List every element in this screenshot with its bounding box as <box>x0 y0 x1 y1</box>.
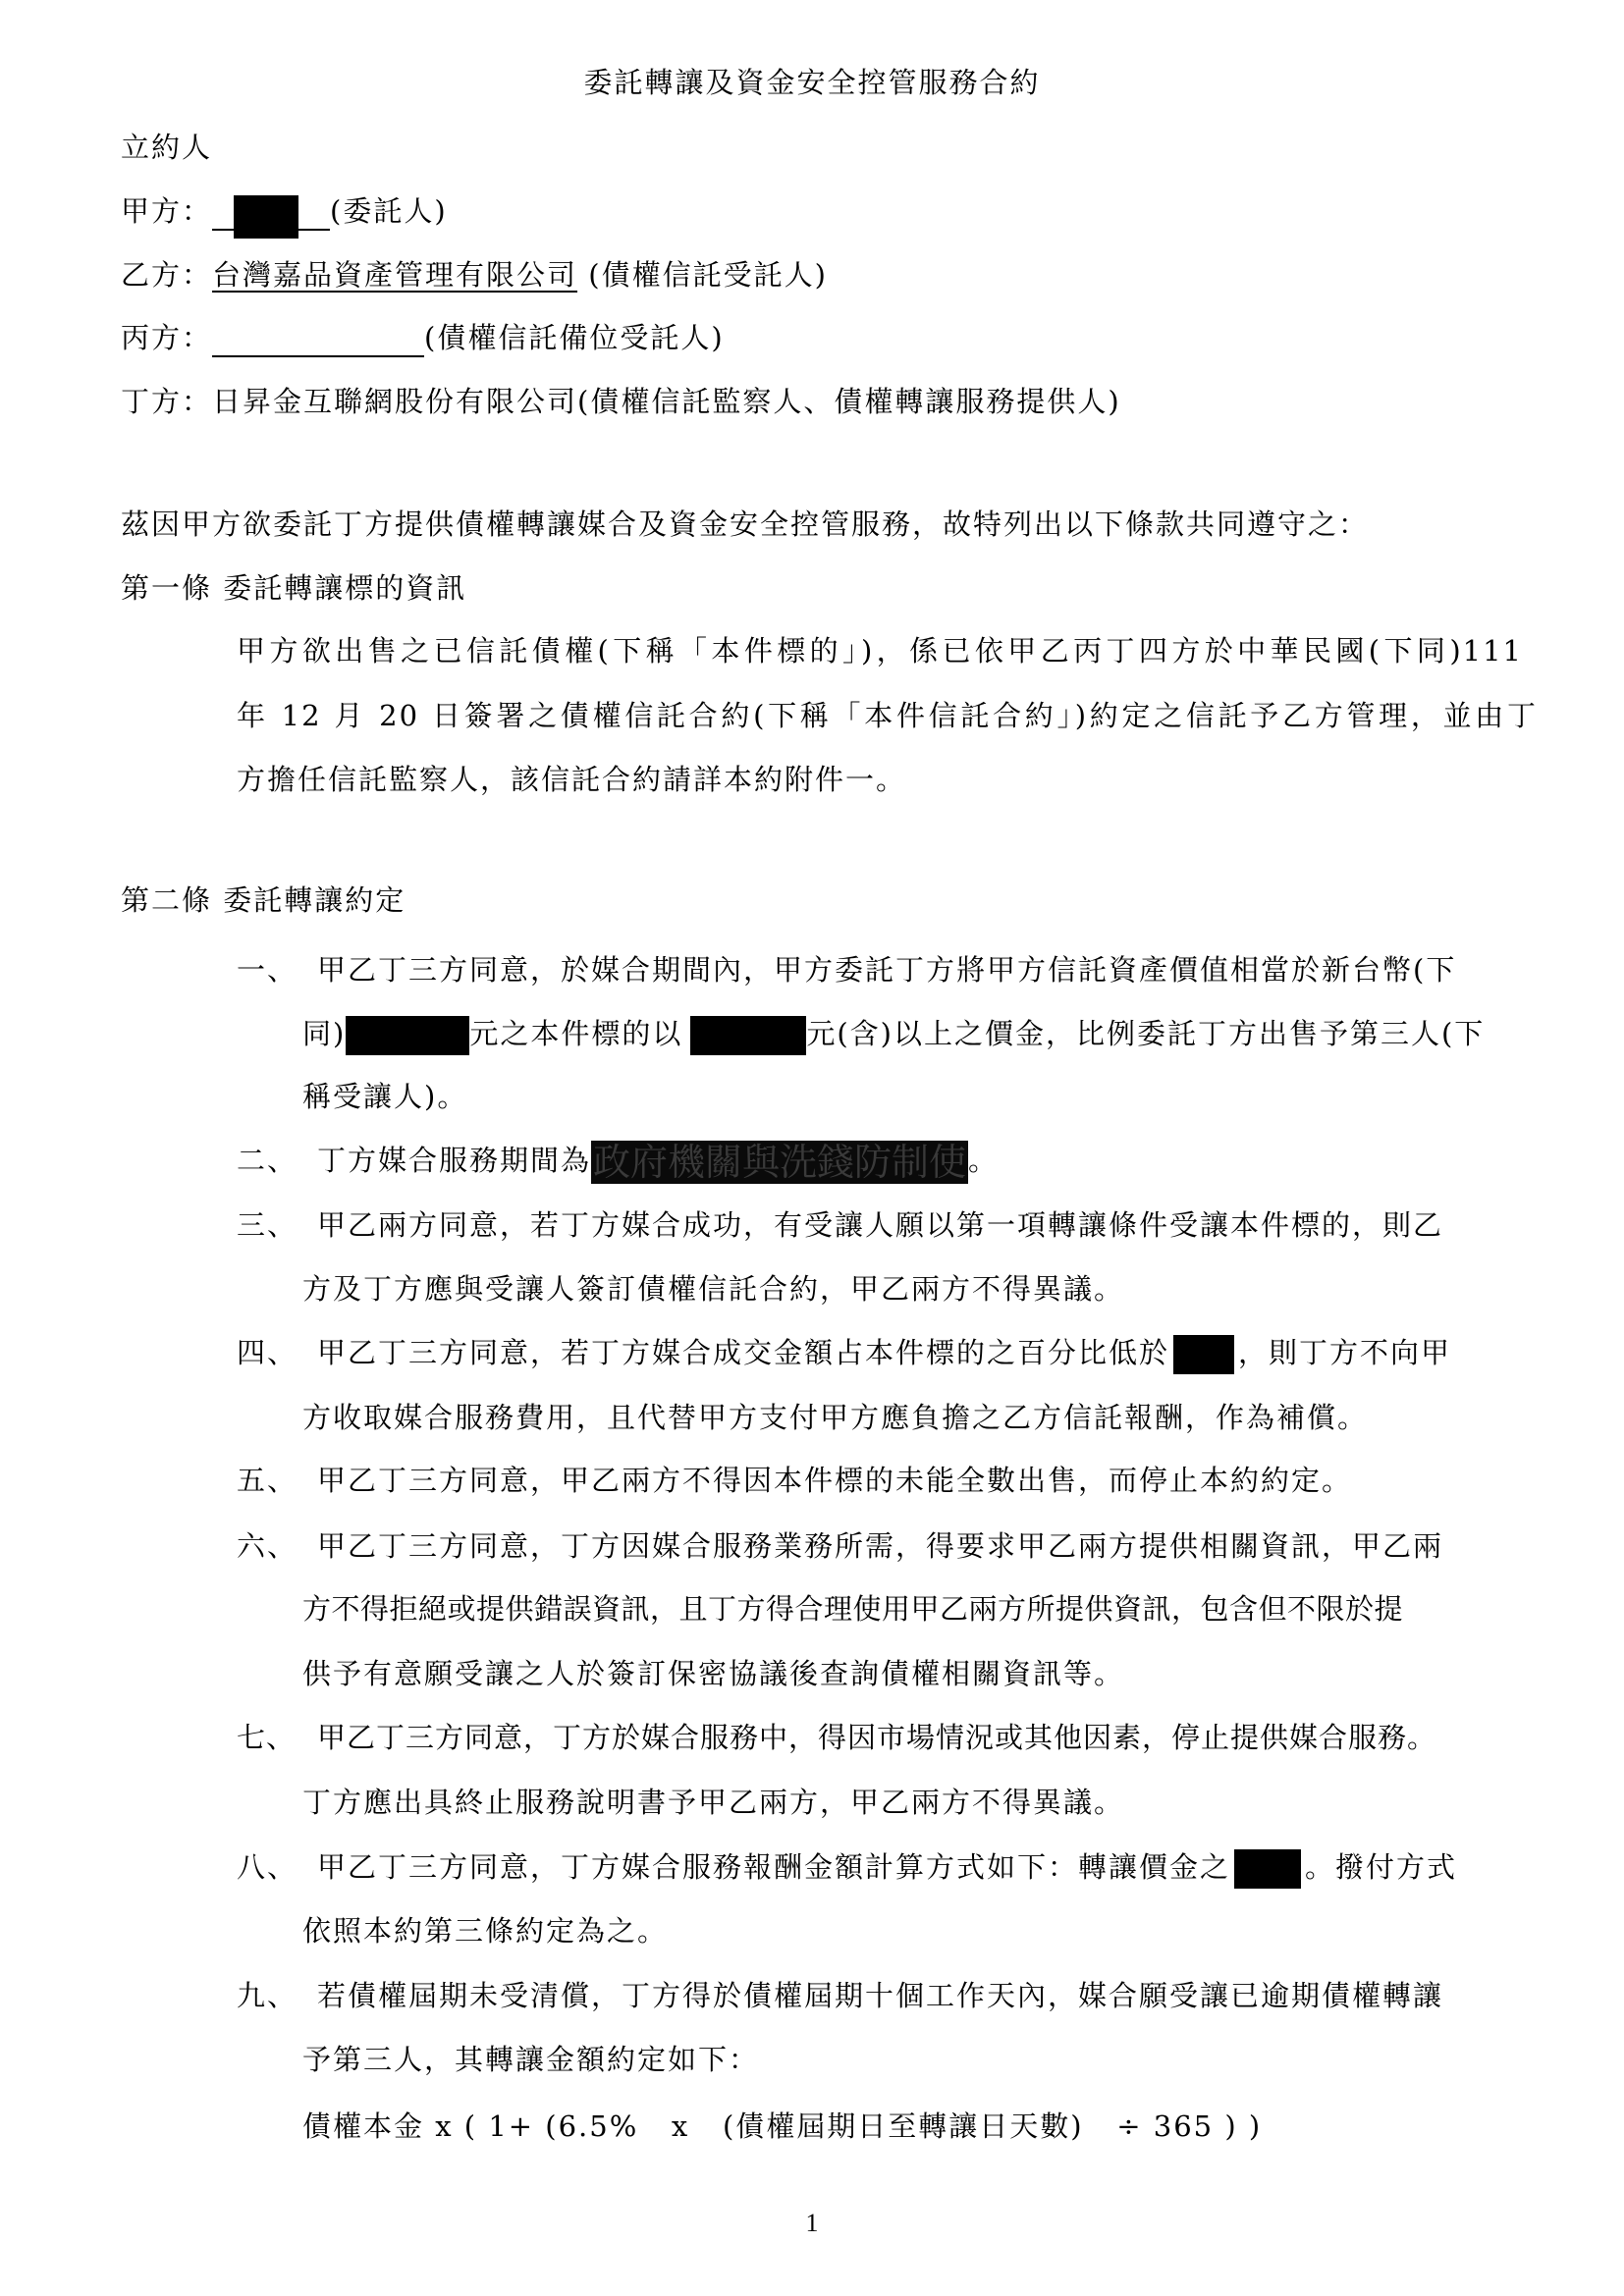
item-text: 甲乙丁三方同意，丁方媒合服務報酬金額計算方式如下：轉讓價金之 <box>317 1850 1230 1884</box>
item-marker: 四、 <box>237 1333 317 1372</box>
article1-line: 方擔任信託監察人，該信託合約請詳本約附件一。 <box>237 760 906 799</box>
item-text: 同) <box>302 1017 346 1050</box>
article2-item-6-line2: 方不得拒絕或提供錯誤資訊，且丁方得合理使用甲乙兩方所提供資訊，包含但不限於提 <box>302 1589 1403 1629</box>
party-a: 甲方：(委託人) <box>121 191 448 231</box>
page-number: 1 <box>0 2209 1624 2238</box>
party-c-role: (債權信託備位受託人) <box>424 321 725 354</box>
article2-item-1-line2: 同)元之本件標的以元(含)以上之價金，比例委託丁方出售予第三人(下 <box>302 1014 1485 1055</box>
item-text: 甲乙丁三方同意，於媒合期間內，甲方委託丁方將甲方信託資產價值相當於新台幣(下 <box>317 953 1456 987</box>
item-text: 。 <box>968 1144 999 1177</box>
article2-item-4: 四、甲乙丁三方同意，若丁方媒合成交金額占本件標的之百分比低於，則丁方不向甲 <box>237 1333 1451 1374</box>
item-marker: 六、 <box>237 1526 317 1566</box>
article2-item-6-line3: 供予有意願受讓之人於簽訂保密協議後查詢債權相關資訊等。 <box>302 1654 1124 1693</box>
article2-item-2: 二、丁方媒合服務期間為政府機關與洗錢防制使。 <box>237 1141 999 1184</box>
article1-line: 年 12 月 20 日簽署之債權信託合約(下稱「本件信託合約」)約定之信託予乙方… <box>237 696 1538 735</box>
party-b-name: 台灣嘉品資產管理有限公司 <box>212 258 577 292</box>
article2-heading: 第二條 委託轉讓約定 <box>121 881 406 920</box>
party-a-name-redacted <box>212 195 330 231</box>
party-a-label: 甲方： <box>121 194 212 228</box>
article2-item-7: 七、甲乙丁三方同意，丁方於媒合服務中，得因市場情況或其他因素，停止提供媒合服務。 <box>237 1718 1436 1757</box>
item-text: 甲乙丁三方同意，甲乙兩方不得因本件標的未能全數出售，而停止本約約定。 <box>317 1464 1352 1497</box>
item-marker: 五、 <box>237 1461 317 1500</box>
article2-item-1: 一、甲乙丁三方同意，於媒合期間內，甲方委託丁方將甲方信託資產價值相當於新台幣(下 <box>237 950 1456 989</box>
item-text: 元之本件標的以 <box>469 1017 682 1050</box>
fee-rate-redacted <box>1234 1849 1301 1889</box>
amount-redacted <box>346 1016 469 1055</box>
item-marker: 二、 <box>237 1141 317 1180</box>
transfer-formula: 債權本金 x ( 1+ (6.5% x (債權屆期日至轉讓日天數) ÷ 365 … <box>302 2107 1262 2146</box>
article1-line: 甲方欲出售之已信託債權(下稱「本件標的」)，係已依甲乙丙丁四方於中華民國(下同)… <box>237 631 1523 670</box>
article2-item-1-line3: 稱受讓人)。 <box>302 1077 467 1116</box>
item-text: 元(含)以上之價金，比例委託丁方出售予第三人(下 <box>806 1017 1485 1050</box>
item-text: 。撥付方式 <box>1305 1850 1457 1884</box>
item-marker: 一、 <box>237 950 317 989</box>
item-text: 丁方媒合服務期間為 <box>317 1144 591 1177</box>
party-d: 丁方：日昇金互聯網股份有限公司(債權信託監察人、債權轉讓服務提供人) <box>121 382 1121 421</box>
article2-item-5: 五、甲乙丁三方同意，甲乙兩方不得因本件標的未能全數出售，而停止本約約定。 <box>237 1461 1352 1500</box>
price-redacted <box>690 1016 806 1055</box>
article1-heading: 第一條 委託轉讓標的資訊 <box>121 568 466 608</box>
party-b: 乙方：台灣嘉品資產管理有限公司 (債權信託受託人) <box>121 255 828 294</box>
party-b-label: 乙方： <box>121 258 212 292</box>
parties-heading: 立約人 <box>121 128 212 167</box>
item-text: ，則丁方不向甲 <box>1238 1336 1451 1369</box>
article2-item-9: 九、若債權屆期未受清償，丁方得於債權屆期十個工作天內，媒合願受讓已逾期債權轉讓 <box>237 1976 1443 2015</box>
document-title: 委託轉讓及資金安全控管服務合約 <box>0 63 1624 102</box>
article2-item-6: 六、甲乙丁三方同意，丁方因媒合服務業務所需，得要求甲乙兩方提供相關資訊，甲乙兩 <box>237 1526 1443 1566</box>
article2-item-9-line2: 予第三人，其轉讓金額約定如下： <box>302 2040 759 2079</box>
party-d-name: 日昇金互聯網股份有限公司 <box>212 385 577 418</box>
party-d-label: 丁方： <box>121 385 212 418</box>
item-text: 甲乙丁三方同意，丁方因媒合服務業務所需，得要求甲乙兩方提供相關資訊，甲乙兩 <box>317 1529 1443 1563</box>
article2-item-7-line2: 丁方應出具終止服務說明書予甲乙兩方，甲乙兩方不得異議。 <box>302 1783 1124 1822</box>
item-text: 甲乙兩方同意，若丁方媒合成功，有受讓人願以第一項轉讓條件受讓本件標的，則乙 <box>317 1208 1443 1242</box>
service-period-redacted: 政府機關與洗錢防制使 <box>591 1141 968 1184</box>
party-b-role: (債權信託受託人) <box>577 258 828 292</box>
article2-item-4-line2: 方收取媒合服務費用，且代替甲方支付甲方應負擔之乙方信託報酬，作為補償。 <box>302 1398 1368 1437</box>
party-c-label: 丙方： <box>121 321 212 354</box>
item-marker: 八、 <box>237 1847 317 1887</box>
article2-item-8-line2: 依照本約第三條約定為之。 <box>302 1911 668 1950</box>
article2-item-3: 三、甲乙兩方同意，若丁方媒合成功，有受讓人願以第一項轉讓條件受讓本件標的，則乙 <box>237 1205 1443 1245</box>
party-d-role: (債權信託監察人、債權轉讓服務提供人) <box>577 385 1121 418</box>
item-text: 若債權屆期未受清償，丁方得於債權屆期十個工作天內，媒合願受讓已逾期債權轉讓 <box>317 1979 1443 2012</box>
preamble: 茲因甲方欲委託丁方提供債權轉讓媒合及資金安全控管服務，故特列出以下條款共同遵守之… <box>121 505 1369 544</box>
item-marker: 七、 <box>237 1718 317 1757</box>
article2-item-8: 八、甲乙丁三方同意，丁方媒合服務報酬金額計算方式如下：轉讓價金之。撥付方式 <box>237 1847 1457 1889</box>
item-text: 甲乙丁三方同意，若丁方媒合成交金額占本件標的之百分比低於 <box>317 1336 1169 1369</box>
party-a-role: (委託人) <box>330 194 448 228</box>
party-c-name-blank <box>212 322 424 357</box>
percentage-redacted <box>1173 1335 1234 1374</box>
item-marker: 九、 <box>237 1976 317 2015</box>
party-c: 丙方：(債權信託備位受託人) <box>121 318 725 357</box>
item-text: 甲乙丁三方同意，丁方於媒合服務中，得因市場情況或其他因素，停止提供媒合服務。 <box>317 1721 1436 1754</box>
item-marker: 三、 <box>237 1205 317 1245</box>
article2-item-3-line2: 方及丁方應與受讓人簽訂債權信託合約，甲乙兩方不得異議。 <box>302 1269 1124 1308</box>
